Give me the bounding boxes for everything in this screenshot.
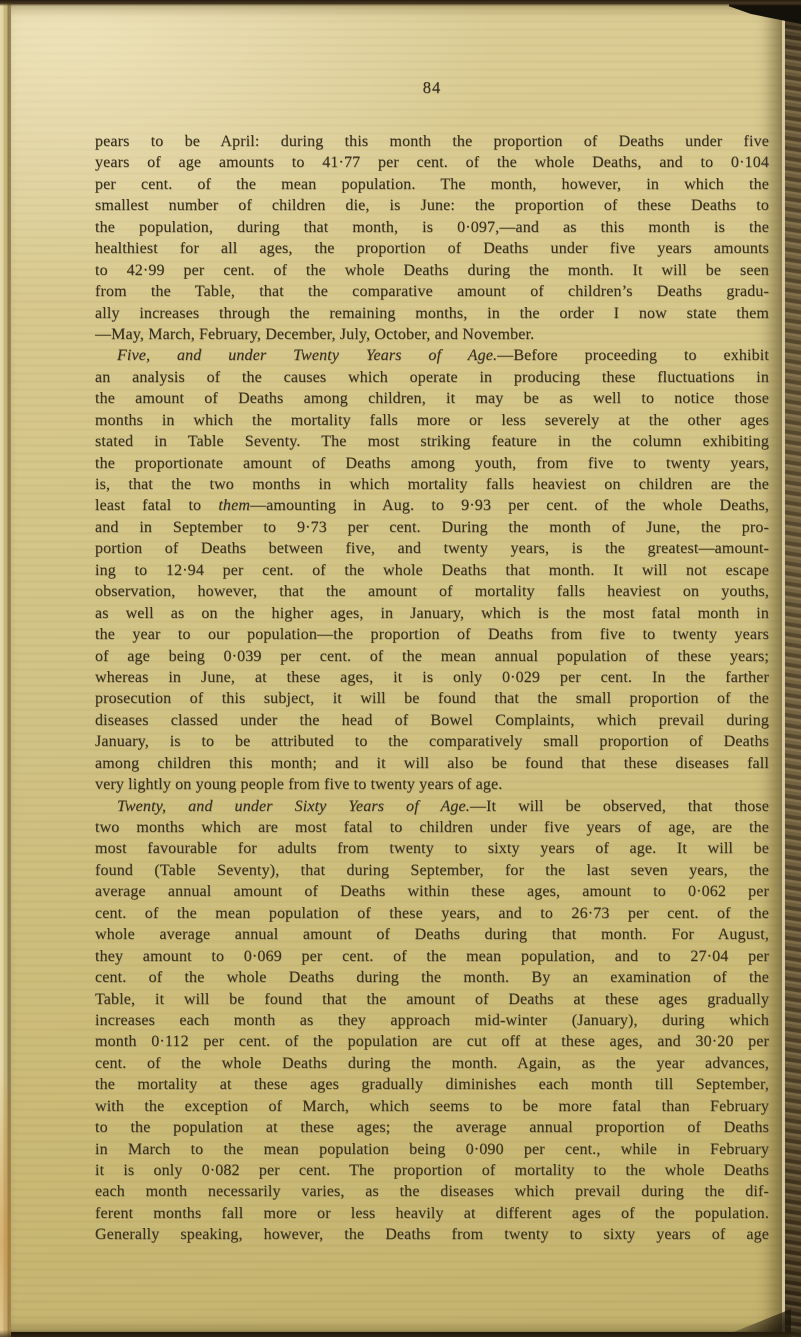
book-page: 84 pears to be April: during this month …	[11, 4, 785, 1332]
text-line: they amount to 0·069 per cent. of the me…	[95, 946, 769, 967]
text-line: most favourable for adults from twenty t…	[95, 838, 769, 859]
text-line: average annual amount of Deaths within t…	[95, 881, 769, 902]
text-line: the amount of Deaths among children, it …	[95, 388, 769, 409]
text-line: month 0·112 per cent. of the population …	[95, 1031, 769, 1052]
page-left-edge-stack	[0, 0, 11, 1337]
text-line: stated in Table Seventy. The most striki…	[95, 431, 769, 452]
text-line: with the exception of March, which seems…	[95, 1096, 769, 1117]
text-line: whole average annual amount of Deaths du…	[95, 924, 769, 945]
text-line: years of age amounts to 41·77 per cent. …	[95, 152, 769, 173]
text-line: ing to 12·94 per cent. of the whole Deat…	[95, 560, 769, 581]
text-line: is, that the two months in which mortali…	[95, 474, 769, 495]
text-line: among children this month; and it will a…	[95, 753, 769, 774]
text-line: in March to the mean population being 0·…	[95, 1139, 769, 1160]
text-line: diseases classed under the head of Bowel…	[95, 710, 769, 731]
text-line: cent. of the whole Deaths during the mon…	[95, 967, 769, 988]
page-number: 84	[95, 78, 769, 98]
text-line: it is only 0·082 per cent. The proportio…	[95, 1160, 769, 1181]
text-line: found (Table Seventy), that during Septe…	[95, 860, 769, 881]
text-line: ferent months fall more or less heavily …	[95, 1203, 769, 1224]
text-line: the year to our population—the proportio…	[95, 624, 769, 645]
top-edge-shadow	[0, 0, 801, 6]
text-line: the proportionate amount of Deaths among…	[95, 453, 769, 474]
text-line: Twenty, and under Sixty Years of Age.—It…	[95, 796, 769, 817]
text-line: months in which the mortality falls more…	[95, 410, 769, 431]
text-line: January, is to be attributed to the comp…	[95, 731, 769, 752]
text-line: whereas in June, at these ages, it is on…	[95, 667, 769, 688]
text-line: two months which are most fatal to child…	[95, 817, 769, 838]
text-line: and in September to 9·73 per cent. Durin…	[95, 517, 769, 538]
text-line: as well as on the higher ages, in Januar…	[95, 603, 769, 624]
text-line: increases each month as they approach mi…	[95, 1010, 769, 1031]
text-block: pears to be April: during this month the…	[95, 131, 769, 1246]
text-line: Table, it will be found that the amount …	[95, 989, 769, 1010]
text-line: smallest number of children die, is June…	[95, 195, 769, 216]
text-line: portion of Deaths between five, and twen…	[95, 538, 769, 559]
text-line: the population, during that month, is 0·…	[95, 217, 769, 238]
text-line: observation, however, that the amount of…	[95, 581, 769, 602]
text-line: least fatal to them—amounting in Aug. to…	[95, 495, 769, 516]
text-line: very lightly on young people from five t…	[95, 774, 769, 795]
text-line: ally increases through the remaining mon…	[95, 303, 769, 324]
text-line: cent. of the mean population of these ye…	[95, 903, 769, 924]
text-line: pears to be April: during this month the…	[95, 131, 769, 152]
text-line: an analysis of the causes which operate …	[95, 367, 769, 388]
bottom-edge-shadow	[0, 1330, 801, 1337]
text-line: prosecution of this subject, it will be …	[95, 688, 769, 709]
text-line: to the population at these ages; the ave…	[95, 1117, 769, 1138]
text-line: of age being 0·039 per cent. of the mean…	[95, 646, 769, 667]
text-line: from the Table, that the comparative amo…	[95, 281, 769, 302]
text-line: healthiest for all ages, the proportion …	[95, 238, 769, 259]
text-line: Generally speaking, however, the Deaths …	[95, 1224, 769, 1245]
book-scan: 84 pears to be April: during this month …	[0, 0, 801, 1337]
text-line: each month necessarily varies, as the di…	[95, 1181, 769, 1202]
book-fore-edge	[785, 0, 801, 1337]
text-line: cent. of the whole Deaths during the mon…	[95, 1053, 769, 1074]
text-line: —May, March, February, December, July, O…	[95, 324, 769, 345]
text-line: the mortality at these ages gradually di…	[95, 1074, 769, 1095]
text-line: to 42·99 per cent. of the whole Deaths d…	[95, 260, 769, 281]
text-line: per cent. of the mean population. The mo…	[95, 174, 769, 195]
text-line: Five, and under Twenty Years of Age.—Bef…	[95, 345, 769, 366]
